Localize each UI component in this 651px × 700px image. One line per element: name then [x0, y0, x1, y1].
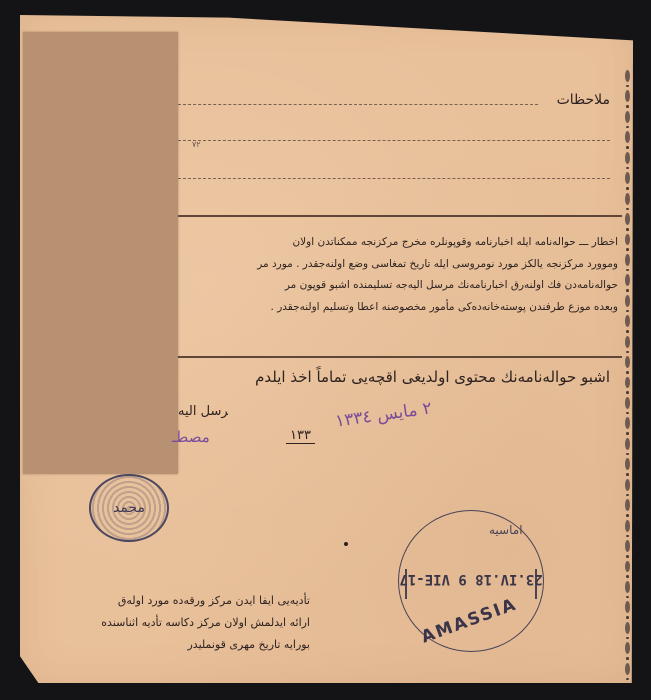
perforation-oval — [625, 356, 630, 368]
perforation-dot — [626, 228, 629, 231]
ink-dot — [344, 542, 348, 546]
perforated-edge — [622, 70, 632, 680]
perforation-dot — [626, 85, 629, 88]
perforation-oval — [625, 152, 630, 164]
perforation-oval — [625, 581, 630, 593]
perforation-dot — [626, 616, 629, 619]
perforation-oval — [625, 397, 630, 409]
notes-label: ملاحظات — [480, 92, 610, 108]
perforation-oval — [625, 663, 630, 675]
perforation-oval — [625, 193, 630, 205]
perforation-dot — [626, 187, 629, 190]
warning-line: اخطار ـــ حواله‌نامه ايله اخبارنامه وقوپ… — [178, 232, 618, 254]
footer-line: ارائه ايدلمش اولان مركز دكاسه تأديه اثنا… — [35, 612, 310, 634]
perforation-oval — [625, 458, 630, 470]
printed-year: ١٣٣ — [286, 428, 315, 444]
perforation-dot — [626, 289, 629, 292]
ink-seal: محمد — [89, 474, 169, 542]
perforation-oval — [625, 540, 630, 552]
perforation-oval — [625, 131, 630, 143]
notes-line-2 — [178, 140, 610, 141]
perforation-oval — [625, 561, 630, 573]
perforation-oval — [625, 254, 630, 266]
postmark-city: AMASSIA — [419, 594, 520, 647]
perforation-dot — [626, 535, 629, 538]
perforation-oval — [625, 172, 630, 184]
perforation-oval — [625, 315, 630, 327]
perforation-dot — [626, 494, 629, 497]
divider-bottom — [178, 356, 622, 358]
perforation-dot — [626, 432, 629, 435]
notes-line-1 — [178, 104, 538, 105]
perforation-dot — [626, 678, 629, 681]
notes-line-3 — [178, 178, 610, 179]
sender-label: مرسل اليه — [178, 404, 228, 419]
perforation-dot — [626, 126, 629, 129]
perforation-dot — [626, 371, 629, 374]
seal-text: محمد — [113, 500, 145, 516]
perforation-dot — [626, 167, 629, 170]
perforation-dot — [626, 657, 629, 660]
footer-line: بورايه تاريخ مهرى قونمليدر — [35, 634, 310, 656]
perforation-dot — [626, 248, 629, 251]
paper-tape-strip — [23, 32, 178, 474]
perforation-oval — [625, 111, 630, 123]
perforation-oval — [625, 642, 630, 654]
perforation-oval — [625, 438, 630, 450]
perforation-oval — [625, 295, 630, 307]
perforation-dot — [626, 473, 629, 476]
perforation-oval — [625, 479, 630, 491]
receipt-statement: اشبو حواله‌نامه‌نك محتوى اولديغى اقچه‌يى… — [200, 368, 610, 386]
postmark-amassia: اماسيه 23.IV.18 9 VIE-17 AMASSIA — [398, 510, 544, 652]
footer-line: تأديه‌يى ايفا ايدن مركز ورقه‌ده مورد اول… — [35, 590, 310, 612]
perforation-dot — [626, 330, 629, 333]
warning-line: وبعده موزع طرفندن پوسته‌خانه‌ده‌كى مأمور… — [178, 297, 618, 319]
perforation-oval — [625, 213, 630, 225]
perforation-oval — [625, 601, 630, 613]
small-pencil-mark: ٧٢ — [192, 140, 201, 149]
divider-top — [178, 215, 622, 217]
perforation-dot — [626, 146, 629, 149]
perforation-oval — [625, 234, 630, 246]
perforation-dot — [626, 269, 629, 272]
footer-instructions: تأديه‌يى ايفا ايدن مركز ورقه‌ده مورد اول… — [35, 590, 310, 656]
perforation-oval — [625, 520, 630, 532]
warning-block: اخطار ـــ حواله‌نامه ايله اخبارنامه وقوپ… — [178, 232, 618, 318]
perforation-dot — [626, 105, 629, 108]
perforation-dot — [626, 453, 629, 456]
postmark-date: 23.IV.18 9 VIE-17 — [399, 571, 543, 587]
perforation-oval — [625, 499, 630, 511]
perforation-dot — [626, 310, 629, 313]
warning-line: حواله‌نامه‌دن فك اولنه‌رق اخبارنامه‌نك م… — [178, 275, 618, 297]
perforation-oval — [625, 622, 630, 634]
perforation-oval — [625, 417, 630, 429]
perforation-oval — [625, 70, 630, 82]
perforation-oval — [625, 90, 630, 102]
perforation-dot — [626, 351, 629, 354]
perforation-dot — [626, 391, 629, 394]
warning-line: وموورد مركزنجه يالكز مورد نومروسى ايله ت… — [178, 254, 618, 276]
perforation-dot — [626, 555, 629, 558]
perforation-dot — [626, 208, 629, 211]
handwritten-signature: مصطـ — [172, 428, 210, 446]
postmark-arabic-text: اماسيه — [489, 523, 523, 537]
perforation-dot — [626, 514, 629, 517]
perforation-dot — [626, 575, 629, 578]
perforation-dot — [626, 637, 629, 640]
perforation-dot — [626, 596, 629, 599]
perforation-oval — [625, 377, 630, 389]
perforation-oval — [625, 274, 630, 286]
perforation-oval — [625, 336, 630, 348]
perforation-dot — [626, 412, 629, 415]
